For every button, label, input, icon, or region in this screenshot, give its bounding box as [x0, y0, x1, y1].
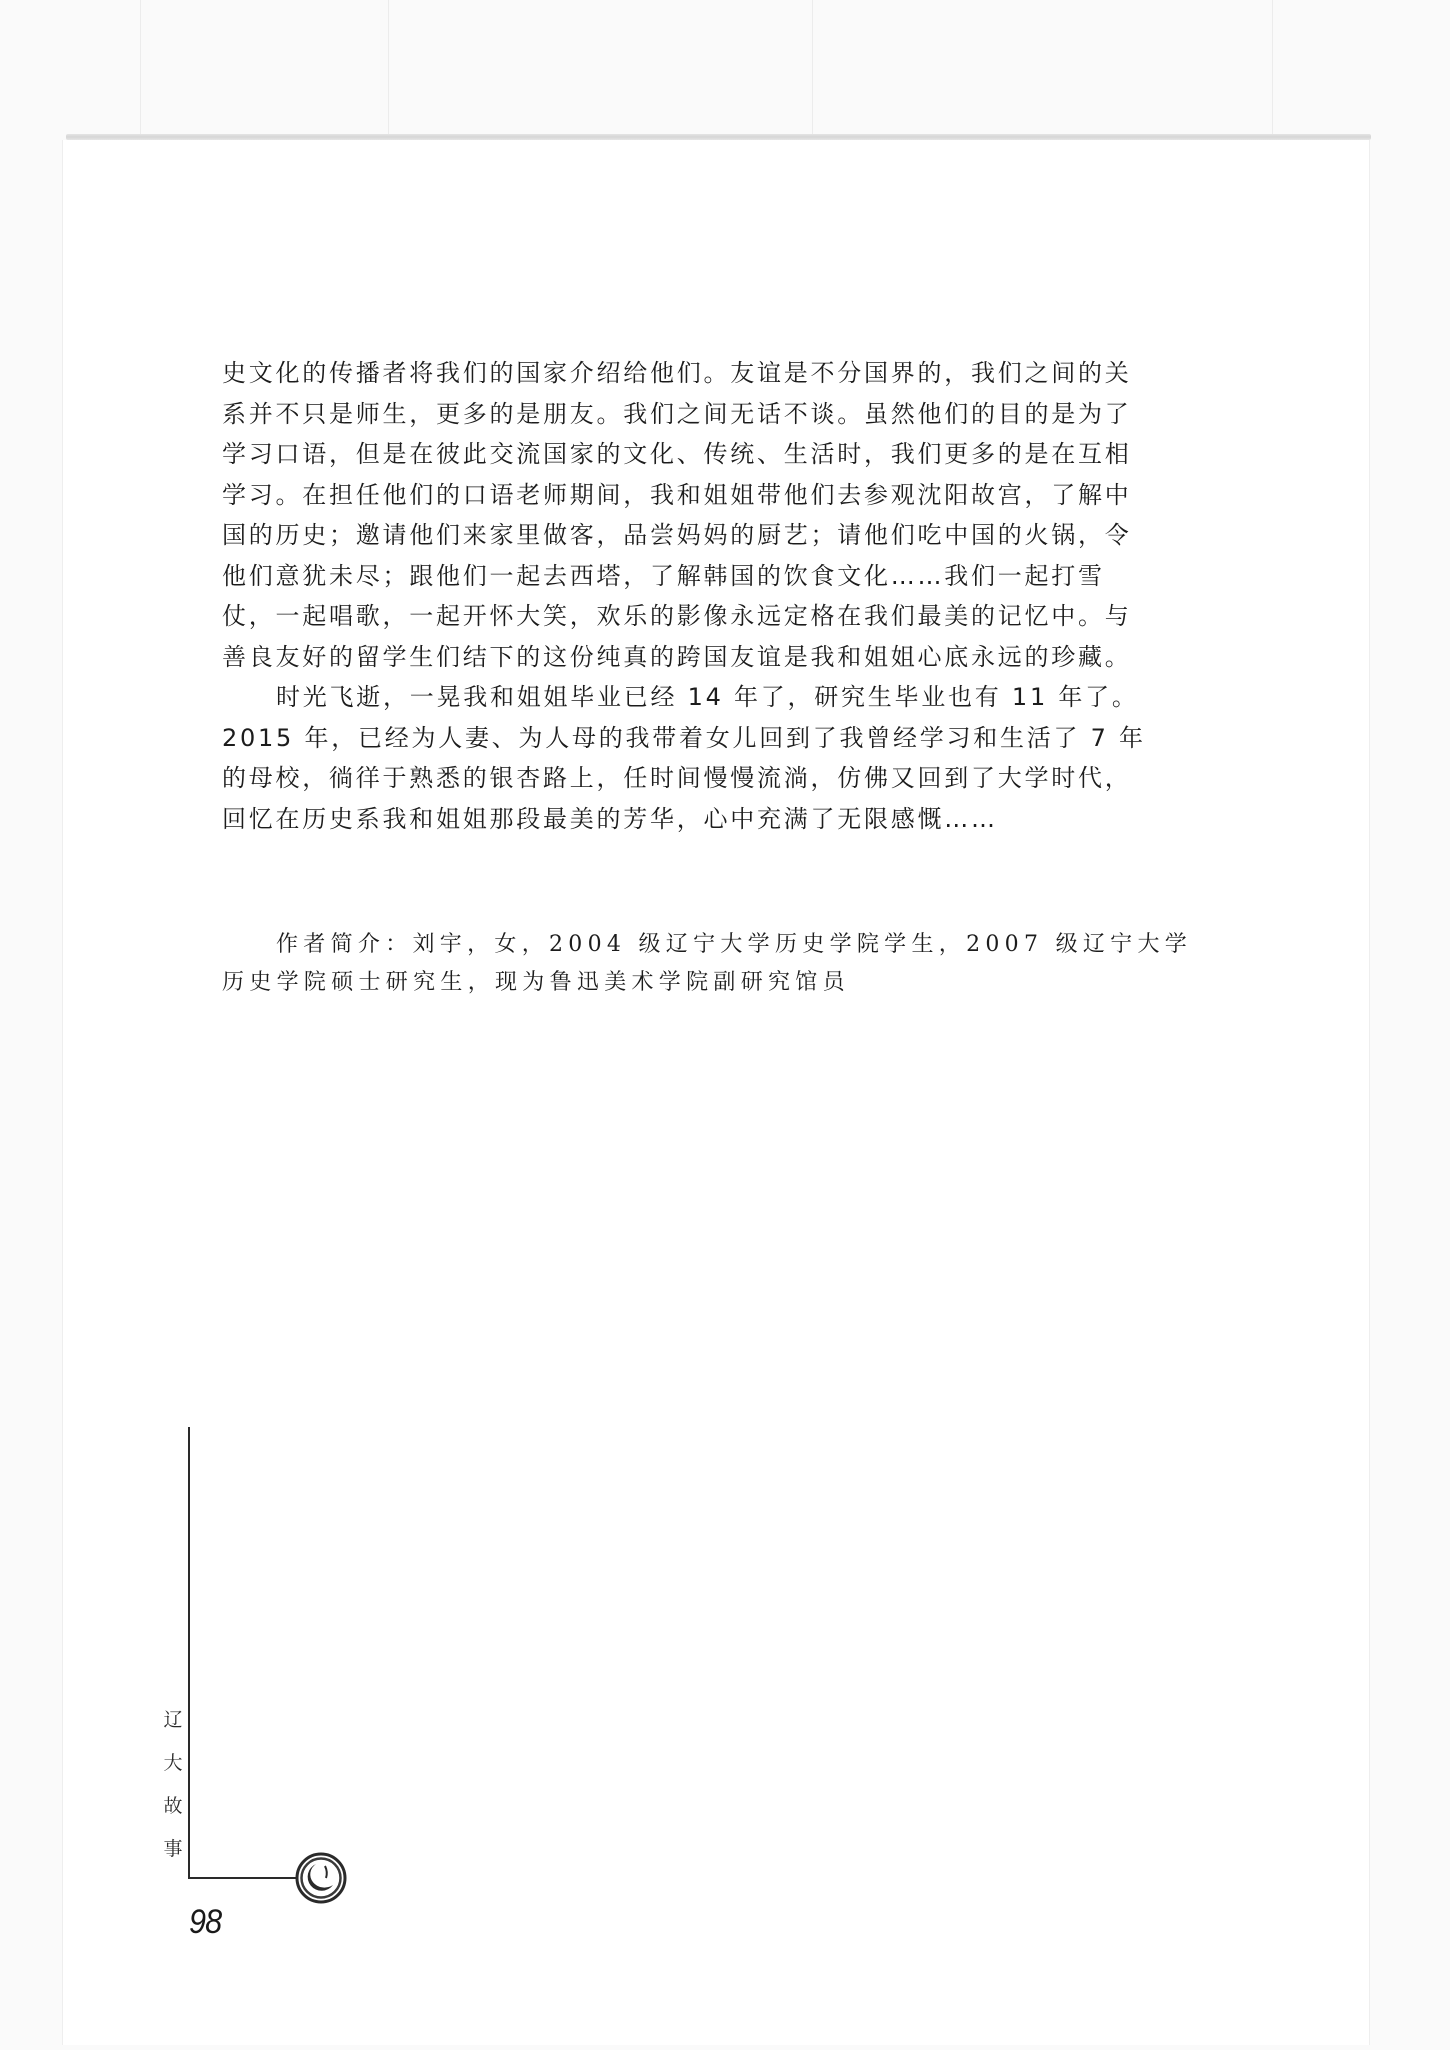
scan-streak — [812, 0, 813, 140]
body-line: 国的历史；邀请他们来家里做客，品尝妈妈的厨艺；请他们吃中国的火锅，令 — [222, 515, 1202, 556]
footer-horizontal-rule — [188, 1877, 298, 1879]
scan-streak — [140, 0, 141, 140]
book-title-char: 大 — [162, 1751, 184, 1794]
book-title-char: 故 — [162, 1794, 184, 1837]
footer-vertical-rule — [188, 1427, 190, 1879]
body-line: 仗，一起唱歌，一起开怀大笑，欢乐的影像永远定格在我们最美的记忆中。与 — [222, 596, 1202, 637]
body-line: 善良友好的留学生们结下的这份纯真的跨国友谊是我和姐姐心底永远的珍藏。 — [222, 637, 1202, 678]
crescent-emblem-icon — [295, 1852, 347, 1904]
body-line: 学习口语，但是在彼此交流国家的文化、传统、生活时，我们更多的是在互相 — [222, 434, 1202, 475]
author-bio: 作者简介：刘宇，女，2004 级辽宁大学历史学院学生，2007 级辽宁大学 历史… — [222, 926, 1222, 1002]
body-line: 系并不只是师生，更多的是朋友。我们之间无话不谈。虽然他们的目的是为了 — [222, 394, 1202, 435]
page-top-edge-shadow — [66, 134, 1371, 140]
body-line: 的母校，徜徉于熟悉的银杏路上，任时间慢慢流淌，仿佛又回到了大学时代， — [222, 758, 1202, 799]
author-bio-line: 历史学院硕士研究生，现为鲁迅美术学院副研究馆员 — [222, 964, 1222, 1002]
body-line: 回忆在历史系我和姐姐那段最美的芳华，心中充满了无限感慨…… — [222, 799, 1202, 840]
body-line: 他们意犹未尽；跟他们一起去西塔，了解韩国的饮食文化……我们一起打雪 — [222, 556, 1202, 597]
body-text: 史文化的传播者将我们的国家介绍给他们。友谊是不分国界的，我们之间的关 系并不只是… — [222, 353, 1202, 839]
book-title-char: 事 — [162, 1837, 184, 1880]
body-line: 史文化的传播者将我们的国家介绍给他们。友谊是不分国界的，我们之间的关 — [222, 353, 1202, 394]
page-number: 98 — [189, 1903, 221, 1942]
body-line: 学习。在担任他们的口语老师期间，我和姐姐带他们去参观沈阳故宫，了解中 — [222, 475, 1202, 516]
book-title-vertical: 辽 大 故 事 — [162, 1708, 184, 1880]
author-bio-line: 作者简介：刘宇，女，2004 级辽宁大学历史学院学生，2007 级辽宁大学 — [222, 926, 1222, 964]
body-line: 2015 年，已经为人妻、为人母的我带着女儿回到了我曾经学习和生活了 7 年 — [222, 718, 1202, 759]
paragraph-start-line: 时光飞逝，一晃我和姐姐毕业已经 14 年了，研究生毕业也有 11 年了。 — [222, 677, 1202, 718]
scan-streak — [388, 0, 389, 140]
scan-streak — [1272, 0, 1273, 140]
book-title-char: 辽 — [162, 1708, 184, 1751]
